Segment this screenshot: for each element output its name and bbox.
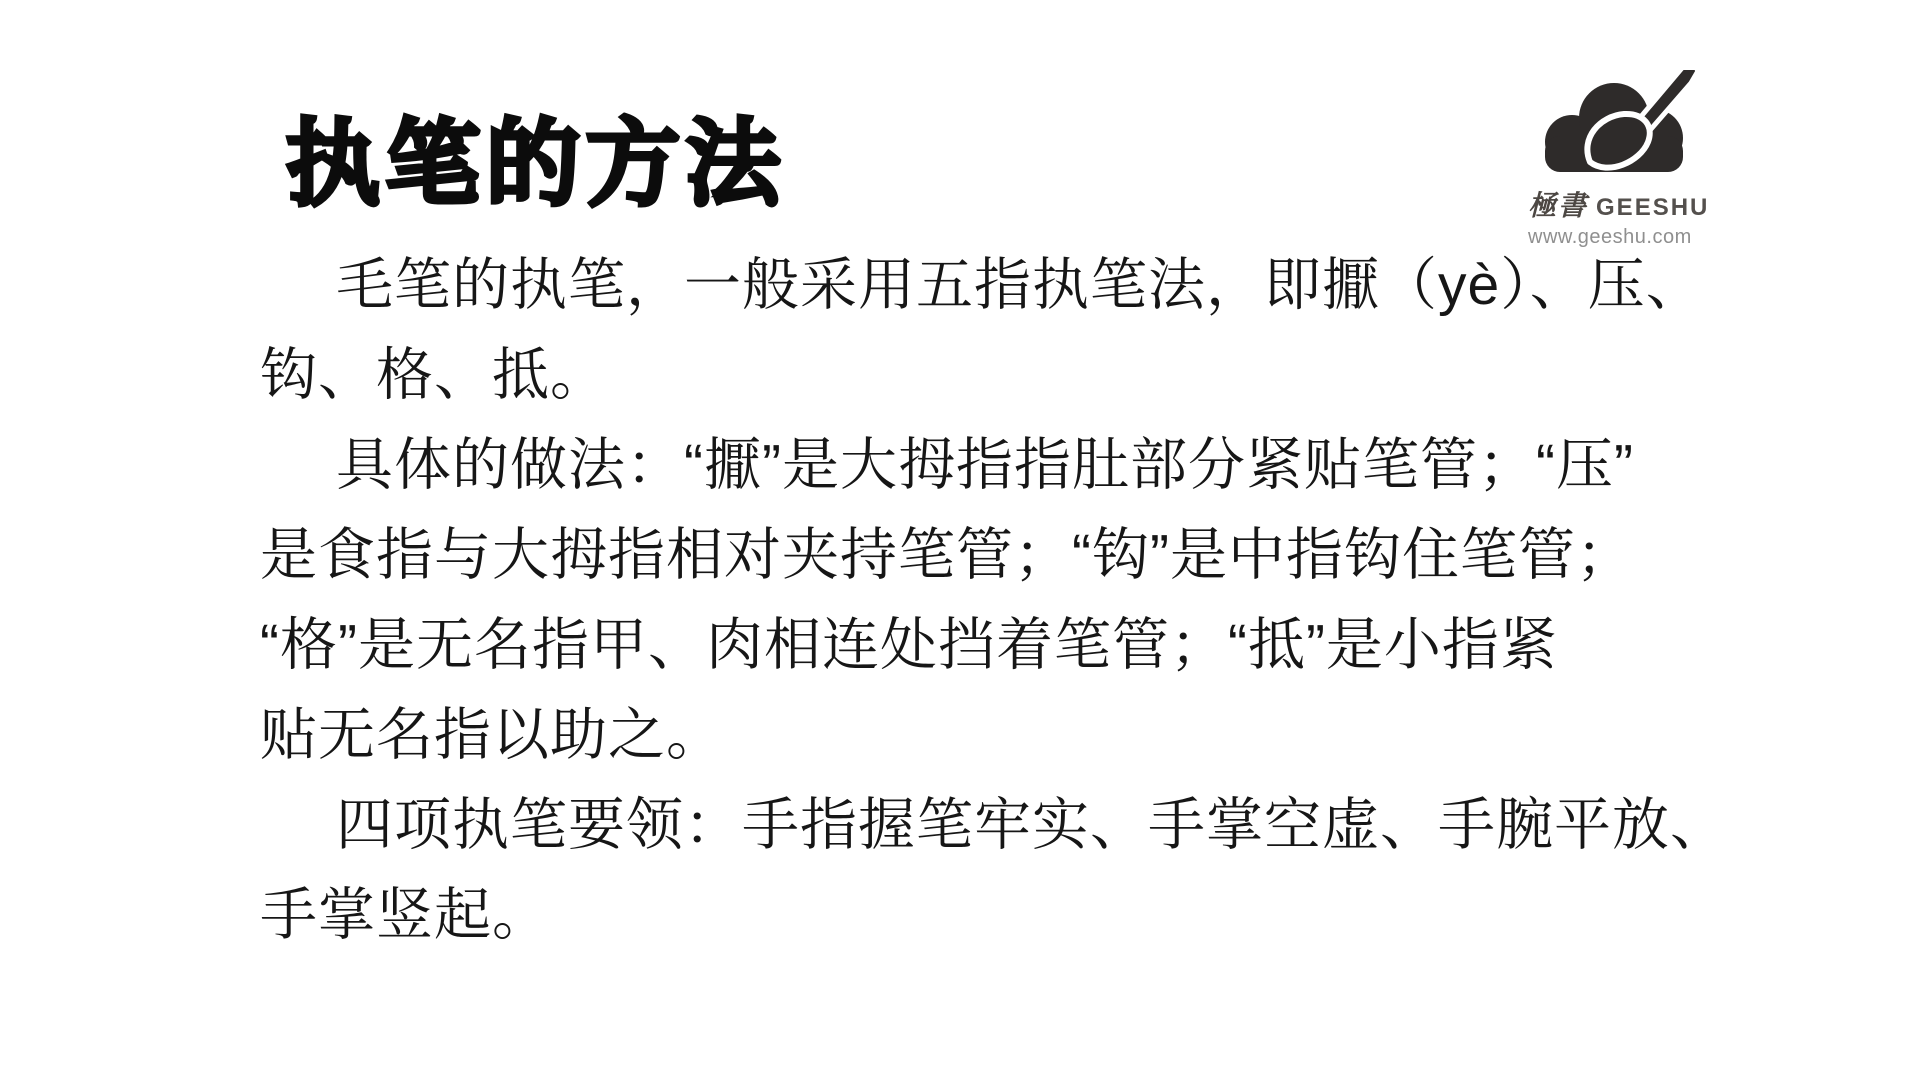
logo-brand-latin: GEESHU (1596, 194, 1709, 222)
geeshu-logo: 極書 GEESHU www.geeshu.com (1528, 70, 1718, 249)
slide-page: 执笔的方法 極書 GEESHU www.geeshu.com 毛笔的执笔，一般采… (0, 0, 1920, 1080)
text-line: 具体的做法：“擫”是大拇指指肚部分紧贴笔管；“压” (260, 420, 1620, 510)
text-line: 四项执笔要领：手指握笔牢实、手掌空虚、手腕平放、 (260, 780, 1620, 870)
text-line: 贴无名指以助之。 (260, 690, 1620, 780)
text-line: 毛笔的执笔，一般采用五指执笔法，即擫（yè）、压、 (260, 240, 1620, 330)
text-line: 钩、格、抵。 (260, 330, 1620, 420)
logo-brand-cjk: 極書 (1528, 184, 1588, 224)
body-text: 毛笔的执笔，一般采用五指执笔法，即擫（yè）、压、 钩、格、抵。 具体的做法：“… (260, 240, 1620, 960)
cloud-brush-icon (1532, 70, 1704, 188)
text-line: “格”是无名指甲、肉相连处挡着笔管；“抵”是小指紧 (260, 600, 1620, 690)
text-line: 是食指与大拇指相对夹持笔管；“钩”是中指钩住笔管； (260, 510, 1620, 600)
logo-brand: 極書 GEESHU (1528, 184, 1718, 224)
page-title: 执笔的方法 (286, 112, 786, 215)
text-line: 手掌竖起。 (260, 870, 1620, 960)
